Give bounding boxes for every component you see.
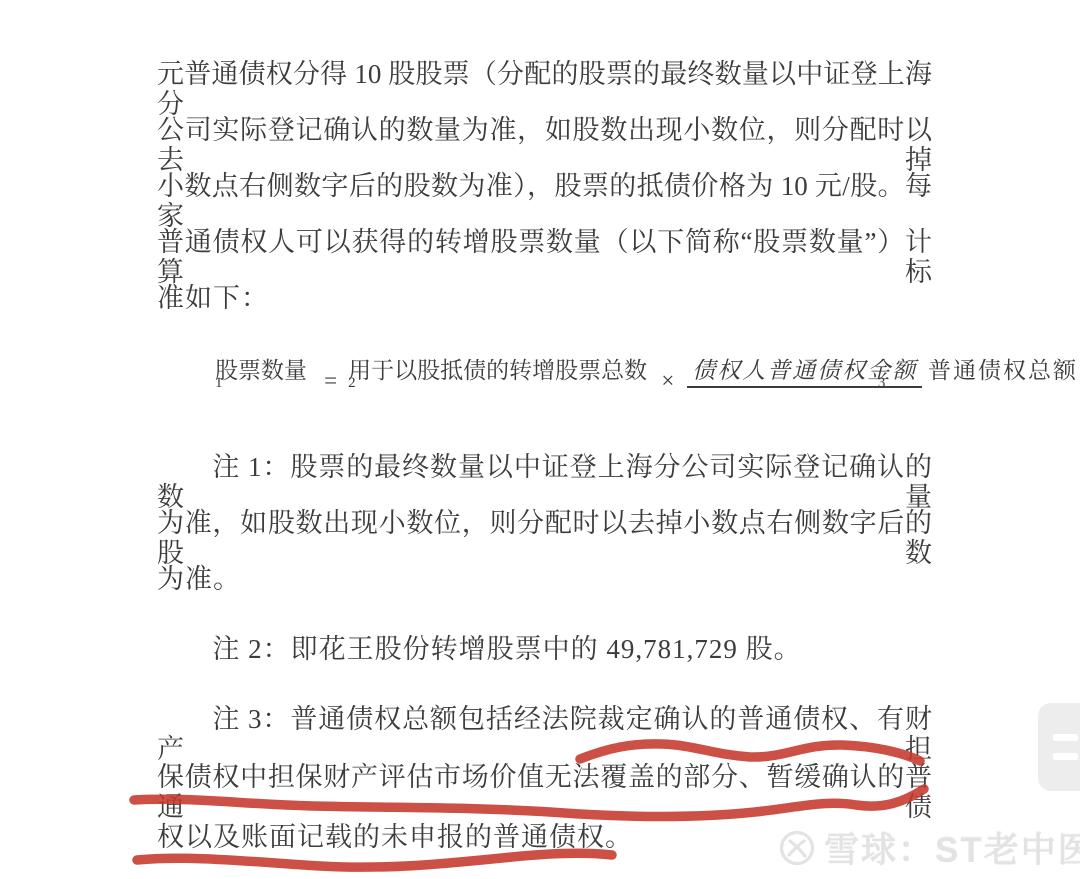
- formula-body: 用于以股抵债的转增股票总数2: [348, 352, 650, 411]
- fraction-numerator: 债权人普通债权金额: [687, 358, 922, 388]
- floating-handle-button[interactable]: [1038, 703, 1080, 791]
- paragraph-line: 公司实际登记确认的数量为准，如股数出现小数位，则分配时以去掉: [157, 115, 932, 175]
- formula-fraction: 债权人普通债权金额 普通债权总额3: [685, 352, 1080, 411]
- note1-line: 为准，如股数出现小数位，则分配时以去掉小数点右侧数字后的股数: [157, 508, 932, 568]
- note1-line: 注 1：股票的最终数量以中证登上海分公司实际登记确认的数量: [157, 452, 932, 512]
- handle-bar-icon: [1053, 753, 1078, 760]
- document-page: 元普通债权分得 10 股股票（分配的股票的最终数量以中证登上海分 公司实际登记确…: [0, 0, 1080, 879]
- paragraph-line: 小数点右侧数字后的股数为准），股票的抵债价格为 10 元/股。每家: [157, 171, 932, 231]
- multiply-sign: ×: [661, 368, 674, 394]
- formula-lhs: 股票数量1: [215, 352, 313, 411]
- footnote-marker-3: 3: [878, 375, 888, 391]
- stock-quantity-formula: 股票数量1 = 用于以股抵债的转增股票总数2 × 债权人普通债权金额 普通债权总…: [215, 344, 1080, 418]
- xueqiu-logo-icon: [778, 829, 816, 867]
- note3-line: 保债权中担保财产评估市场价值无法覆盖的部分、暂缓确认的普通债: [157, 762, 932, 822]
- footnote-marker-1: 1: [215, 375, 223, 391]
- footnote-marker-2: 2: [348, 375, 356, 391]
- paragraph-line: 元普通债权分得 10 股股票（分配的股票的最终数量以中证登上海分: [157, 59, 932, 119]
- note2-line: 注 2：即花王股份转增股票中的 49,781,729 股。: [157, 634, 932, 664]
- red-underline-3: [137, 853, 612, 867]
- paragraph-line: 普通债权人可以获得的转增股票数量（以下简称“股票数量”）计算标: [157, 227, 932, 287]
- watermark: 雪球：ST老中医: [778, 826, 1080, 870]
- handle-bar-icon: [1053, 734, 1078, 741]
- equals-sign: =: [324, 368, 337, 394]
- paragraph-line: 准如下：: [157, 283, 932, 313]
- note3-line: 注 3：普通债权总额包括经法院裁定确认的普通债权、有财产担: [157, 704, 932, 764]
- note1-line: 为准。: [157, 564, 932, 594]
- watermark-text: 雪球：ST老中医: [824, 823, 1080, 873]
